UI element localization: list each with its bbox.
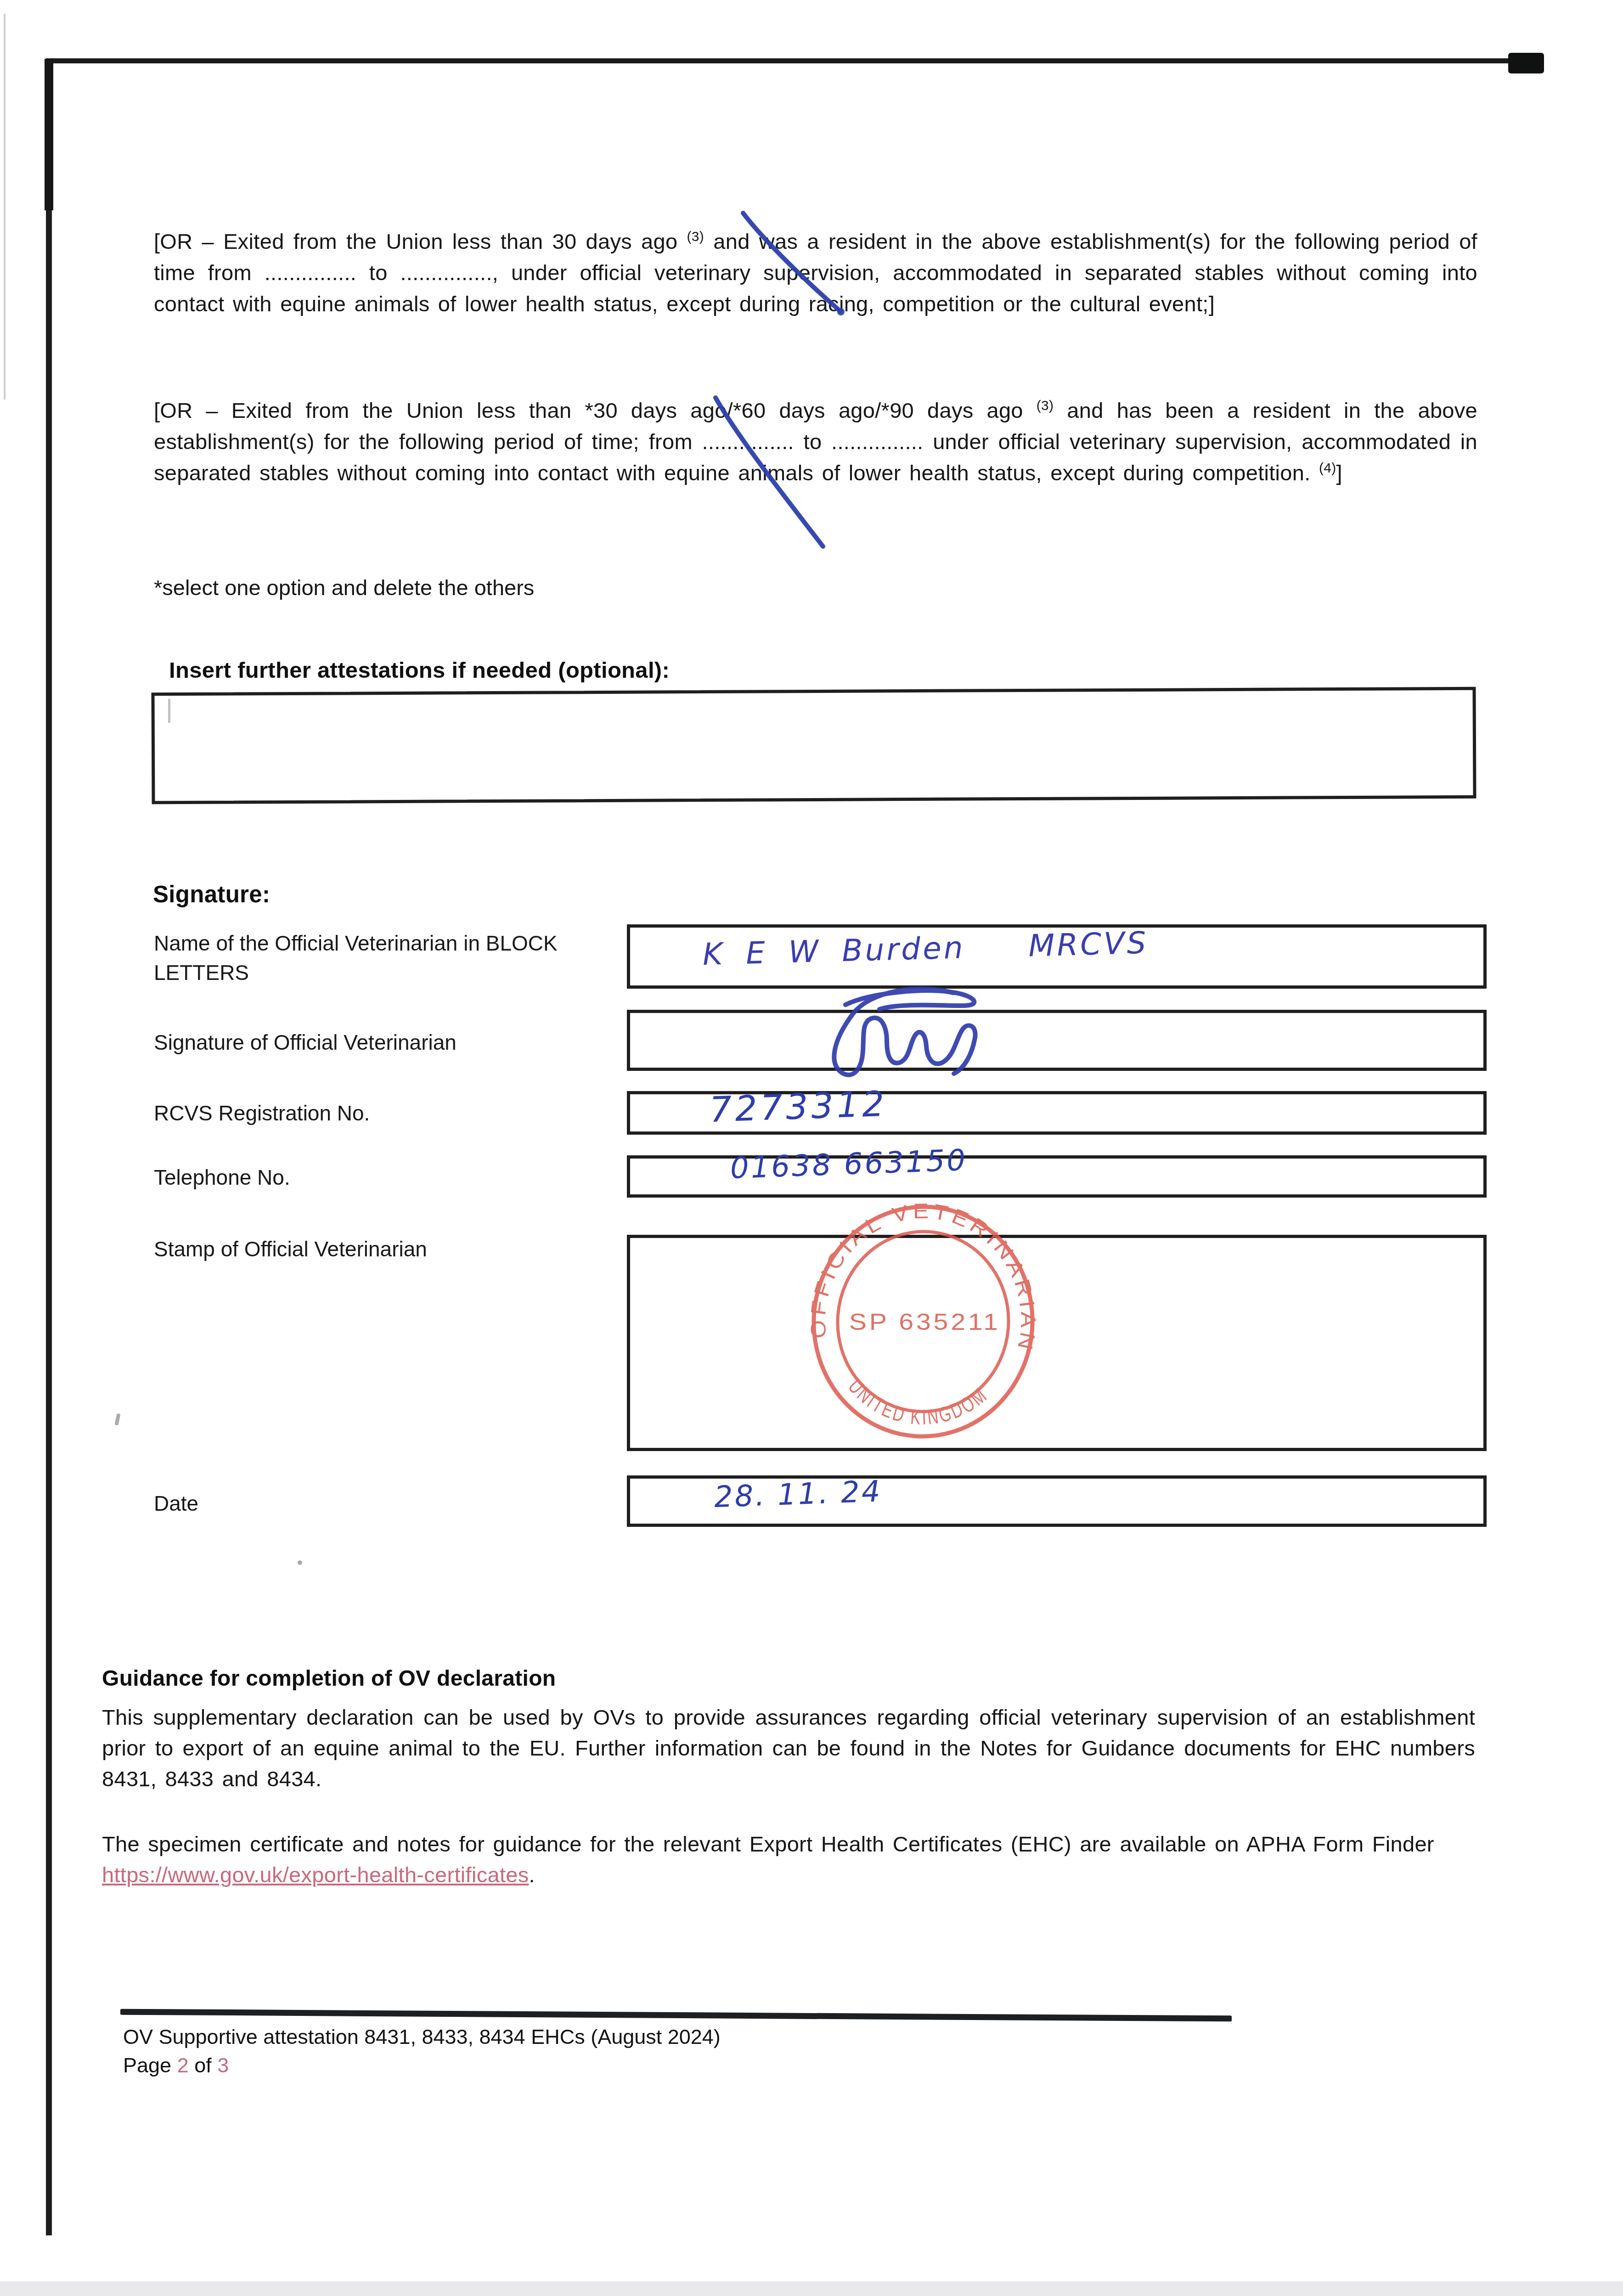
scan-bottom-band bbox=[0, 2281, 1623, 2296]
scan-edge-faint-line bbox=[4, 14, 6, 400]
pen-slash-option1-end-blob bbox=[837, 308, 845, 315]
footer-page-word: Page bbox=[123, 2054, 171, 2077]
footer-of-word: of bbox=[194, 2054, 212, 2077]
option1-text-pre: [OR – Exited from the Union less than 30… bbox=[154, 229, 687, 253]
pen-slash-option1 bbox=[743, 213, 840, 311]
further-attestations-heading: Insert further attestations if needed (o… bbox=[169, 658, 670, 683]
signature-scribble bbox=[801, 983, 999, 1081]
page-border-top bbox=[46, 58, 1544, 63]
signature-section-heading: Signature: bbox=[153, 881, 270, 908]
footer-page-total: 3 bbox=[217, 2054, 229, 2077]
page-border-top-end-blob bbox=[1508, 53, 1544, 73]
signature-field-label: Signature of Official Veterinarian bbox=[154, 1028, 659, 1057]
guidance-paragraph-2-period: . bbox=[529, 1863, 535, 1887]
rcvs-field-label: RCVS Registration No. bbox=[154, 1098, 659, 1128]
option2-footnote-ref-2: (4) bbox=[1319, 461, 1336, 476]
name-field-label: Name of the Official Veterinarian in BLO… bbox=[154, 929, 595, 987]
option2-text-pre: [OR – Exited from the Union less than *3… bbox=[154, 398, 1037, 422]
select-option-note: *select one option and delete the others bbox=[154, 575, 534, 600]
pen-strikethrough-marks bbox=[689, 197, 873, 565]
stamp-field-box[interactable] bbox=[627, 1235, 1487, 1451]
guidance-paragraph-2-text: The specimen certificate and notes for g… bbox=[102, 1832, 1434, 1856]
guidance-paragraph-2: The specimen certificate and notes for g… bbox=[102, 1829, 1475, 1890]
rcvs-handwritten-value: 7273312 bbox=[709, 1083, 888, 1130]
scanned-document-page: [OR – Exited from the Union less than 30… bbox=[0, 0, 1623, 2296]
footer-document-title: OV Supportive attestation 8431, 8433, 84… bbox=[123, 2023, 721, 2051]
stamp-field-label: Stamp of Official Veterinarian bbox=[154, 1234, 659, 1264]
option2-text-end: ] bbox=[1336, 461, 1342, 485]
stamp-center-number: SP 635211 bbox=[849, 1309, 1001, 1335]
scan-speck-dot bbox=[298, 1560, 302, 1565]
date-field-label: Date bbox=[154, 1489, 429, 1518]
option2-footnote-ref: (3) bbox=[1037, 398, 1054, 413]
export-health-certificates-link[interactable]: https://www.gov.uk/export-health-certifi… bbox=[102, 1863, 529, 1887]
page-border-left-corner-thick bbox=[45, 59, 53, 210]
further-attestations-input-box[interactable] bbox=[151, 687, 1476, 805]
footer-page-indicator: Page 2 of 3 bbox=[123, 2052, 229, 2079]
signature-field-box[interactable] bbox=[627, 1010, 1487, 1071]
cursor-tick-mark bbox=[168, 699, 170, 723]
footer-divider-line bbox=[120, 2009, 1232, 2022]
page-border-left bbox=[46, 59, 52, 2235]
guidance-paragraph-1: This supplementary declaration can be us… bbox=[102, 1702, 1475, 1794]
telephone-field-label: Telephone No. bbox=[154, 1163, 659, 1192]
footer-page-current: 2 bbox=[177, 2054, 189, 2077]
scan-speck-apostrophe bbox=[114, 1413, 120, 1425]
date-handwritten-value: 28. 11. 24 bbox=[714, 1474, 883, 1514]
pen-slash-option2 bbox=[716, 398, 823, 546]
guidance-heading: Guidance for completion of OV declaratio… bbox=[102, 1666, 556, 1691]
official-veterinarian-stamp: OFFICIAL VETERINARIAN UNITED KINGDOM SP … bbox=[804, 1193, 1043, 1453]
